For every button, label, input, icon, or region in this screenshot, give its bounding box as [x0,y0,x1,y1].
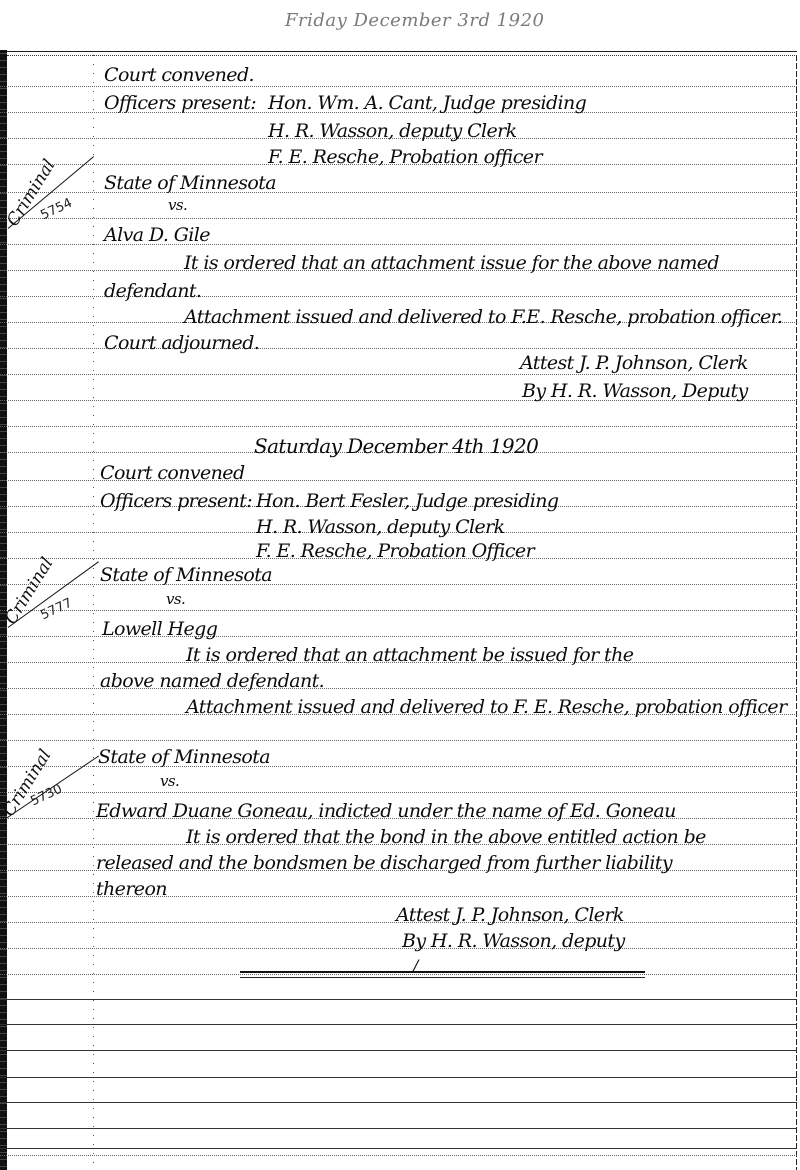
attest-deputy: By H. R. Wasson, deputy [402,930,625,952]
attest-deputy: By H. R. Wasson, Deputy [522,380,748,402]
case-number: 5754 [38,196,74,224]
versus: vs. [166,590,185,608]
officer-deputy-clerk: H. R. Wasson, deputy Clerk [268,120,517,142]
court-convened: Court convened [100,462,245,484]
defendant: Edward Duane Goneau, indicted under the … [96,800,676,822]
top-rule [7,51,797,56]
ruled-line [0,1102,797,1103]
order-line: thereon [96,878,167,900]
order-line: above named defendant. [100,670,324,692]
right-border-rule [796,55,797,1170]
plaintiff: State of Minnesota [104,172,276,194]
defendant: Lowell Hegg [102,618,217,640]
court-convened: Court convened. [104,64,254,86]
officer-probation: F. E. Resche, Probation officer [268,146,542,168]
versus: vs. [168,196,187,214]
order-line: defendant. [104,280,201,302]
defendant: Alva D. Gile [104,224,210,246]
plaintiff: State of Minnesota [100,564,272,586]
order-line: It is ordered that the bond in the above… [186,826,706,848]
officer-deputy-clerk: H. R. Wasson, deputy Clerk [256,516,505,538]
closing-double-rule [240,971,645,978]
ruled-line [0,1077,797,1078]
officer-probation: F. E. Resche, Probation Officer [256,540,534,562]
officer-judge: Hon. Wm. A. Cant, Judge presiding [268,92,586,114]
attest-clerk: Attest J. P. Johnson, Clerk [396,904,624,926]
header-date: Friday December 3rd 1920 [285,10,545,31]
ledger-page: Friday December 3rd 1920 Court convened.… [0,0,800,1170]
attest-clerk: Attest J. P. Johnson, Clerk [520,352,748,374]
ruled-line [0,740,797,741]
order-line: released and the bondsmen be discharged … [96,852,672,874]
session-date: Saturday December 4th 1920 [254,434,538,458]
officers-present-label: Officers present: [100,490,252,512]
margin-line [93,55,94,1170]
ruled-line [0,948,797,949]
officer-judge: Hon. Bert Fesler, Judge presiding [256,490,558,512]
ruled-line [0,374,797,375]
ruled-line [0,218,797,219]
ruled-line [0,610,797,611]
ruled-line [0,86,797,87]
order-line: Attachment issued and delivered to F. E.… [186,696,787,718]
order-line: It is ordered that an attachment issue f… [184,252,719,274]
order-line: Attachment issued and delivered to F.E. … [184,306,782,328]
ruled-line [0,1128,797,1129]
ruled-line [0,426,797,427]
margin-label-criminal: Criminal [0,746,56,820]
ruled-line [0,1148,797,1149]
versus: vs. [160,772,179,790]
ruled-line [0,999,797,1000]
end-mark: / [413,956,418,975]
officers-present-label: Officers present: [104,92,256,114]
plaintiff: State of Minnesota [98,746,270,768]
ruled-line [0,1024,797,1025]
court-adjourned: Court adjourned. [104,332,259,354]
ruled-line [0,792,797,793]
ruled-line [0,1155,797,1156]
ruled-line [0,1050,797,1051]
order-line: It is ordered that an attachment be issu… [186,644,633,666]
